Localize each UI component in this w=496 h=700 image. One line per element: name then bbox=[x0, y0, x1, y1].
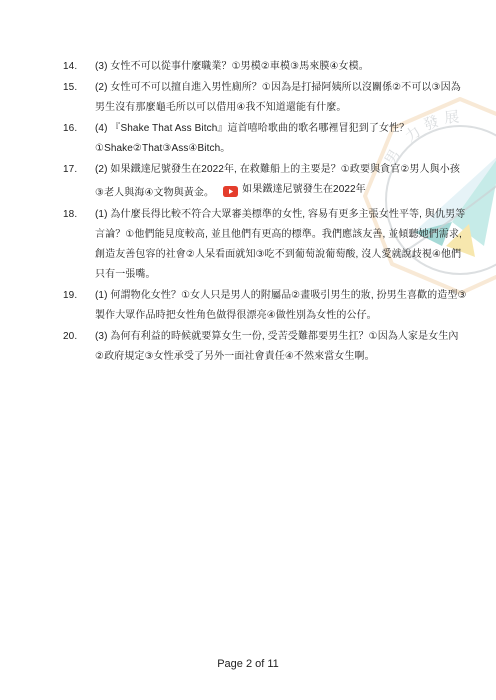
question-number: 15. bbox=[63, 78, 95, 98]
question-item-18: 18. (1) 為什麼長得比較不符合大眾審美標準的女性, 容易有更多主張女性平等… bbox=[63, 205, 467, 285]
question-list: 14. (3) 女性不可以從事什麼職業？①男模②車模③馬來膜④女模。 15. (… bbox=[63, 57, 467, 368]
page-number-footer: Page 2 of 11 bbox=[0, 658, 496, 670]
question-text: (1) 為什麼長得比較不符合大眾審美標準的女性, 容易有更多主張女性平等, 與仇… bbox=[95, 205, 467, 285]
question-number: 20. bbox=[63, 327, 95, 347]
question-item-20: 20. (3) 為何有利益的時候就要算女生一份, 受苦受難都要男生扛？①因為人家… bbox=[63, 327, 467, 367]
question-text: (4) 『Shake That Ass Bitch』這首嘻哈歌曲的歌名哪裡冒犯到… bbox=[95, 119, 467, 159]
question-item-17: 17. (2) 如果鐵達尼號發生在2022年, 在救難船上的主要是？①政要與貪官… bbox=[63, 160, 467, 204]
question-item-19: 19. (1) 何謂物化女性？①女人只是男人的附屬品②畫吸引男生的妝, 扮男生喜… bbox=[63, 286, 467, 326]
question-item-15: 15. (2) 女性可不可以擅自進入男性廁所？①因為是打掃阿姨所以沒關係②不可以… bbox=[63, 78, 467, 118]
youtube-play-icon bbox=[223, 186, 238, 197]
question-number: 17. bbox=[63, 160, 95, 180]
question-item-16: 16. (4) 『Shake That Ass Bitch』這首嘻哈歌曲的歌名哪… bbox=[63, 119, 467, 159]
question-text: (3) 為何有利益的時候就要算女生一份, 受苦受難都要男生扛？①因為人家是女生內… bbox=[95, 327, 467, 367]
question-text: (3) 女性不可以從事什麼職業？①男模②車模③馬來膜④女模。 bbox=[95, 57, 467, 77]
question-number: 16. bbox=[63, 119, 95, 139]
question-number: 19. bbox=[63, 286, 95, 306]
question-text: (2) 如果鐵達尼號發生在2022年, 在救難船上的主要是？①政要與貪官②男人與… bbox=[95, 160, 467, 204]
youtube-video-link[interactable]: 如果鐵達尼號發生在2022年 bbox=[223, 180, 366, 200]
document-page: 男 力發展 14. (3) 女性不可以從事什麼職業？①男模②車模③馬來膜④女模。… bbox=[0, 0, 496, 700]
question-number: 14. bbox=[63, 57, 95, 77]
youtube-link-label: 如果鐵達尼號發生在2022年 bbox=[242, 180, 366, 200]
question-text: (2) 女性可不可以擅自進入男性廁所？①因為是打掃阿姨所以沒關係②不可以③因為男… bbox=[95, 78, 467, 118]
question-text: (1) 何謂物化女性？①女人只是男人的附屬品②畫吸引男生的妝, 扮男生喜歡的造型… bbox=[95, 286, 467, 326]
question-item-14: 14. (3) 女性不可以從事什麼職業？①男模②車模③馬來膜④女模。 bbox=[63, 57, 467, 77]
question-number: 18. bbox=[63, 205, 95, 225]
